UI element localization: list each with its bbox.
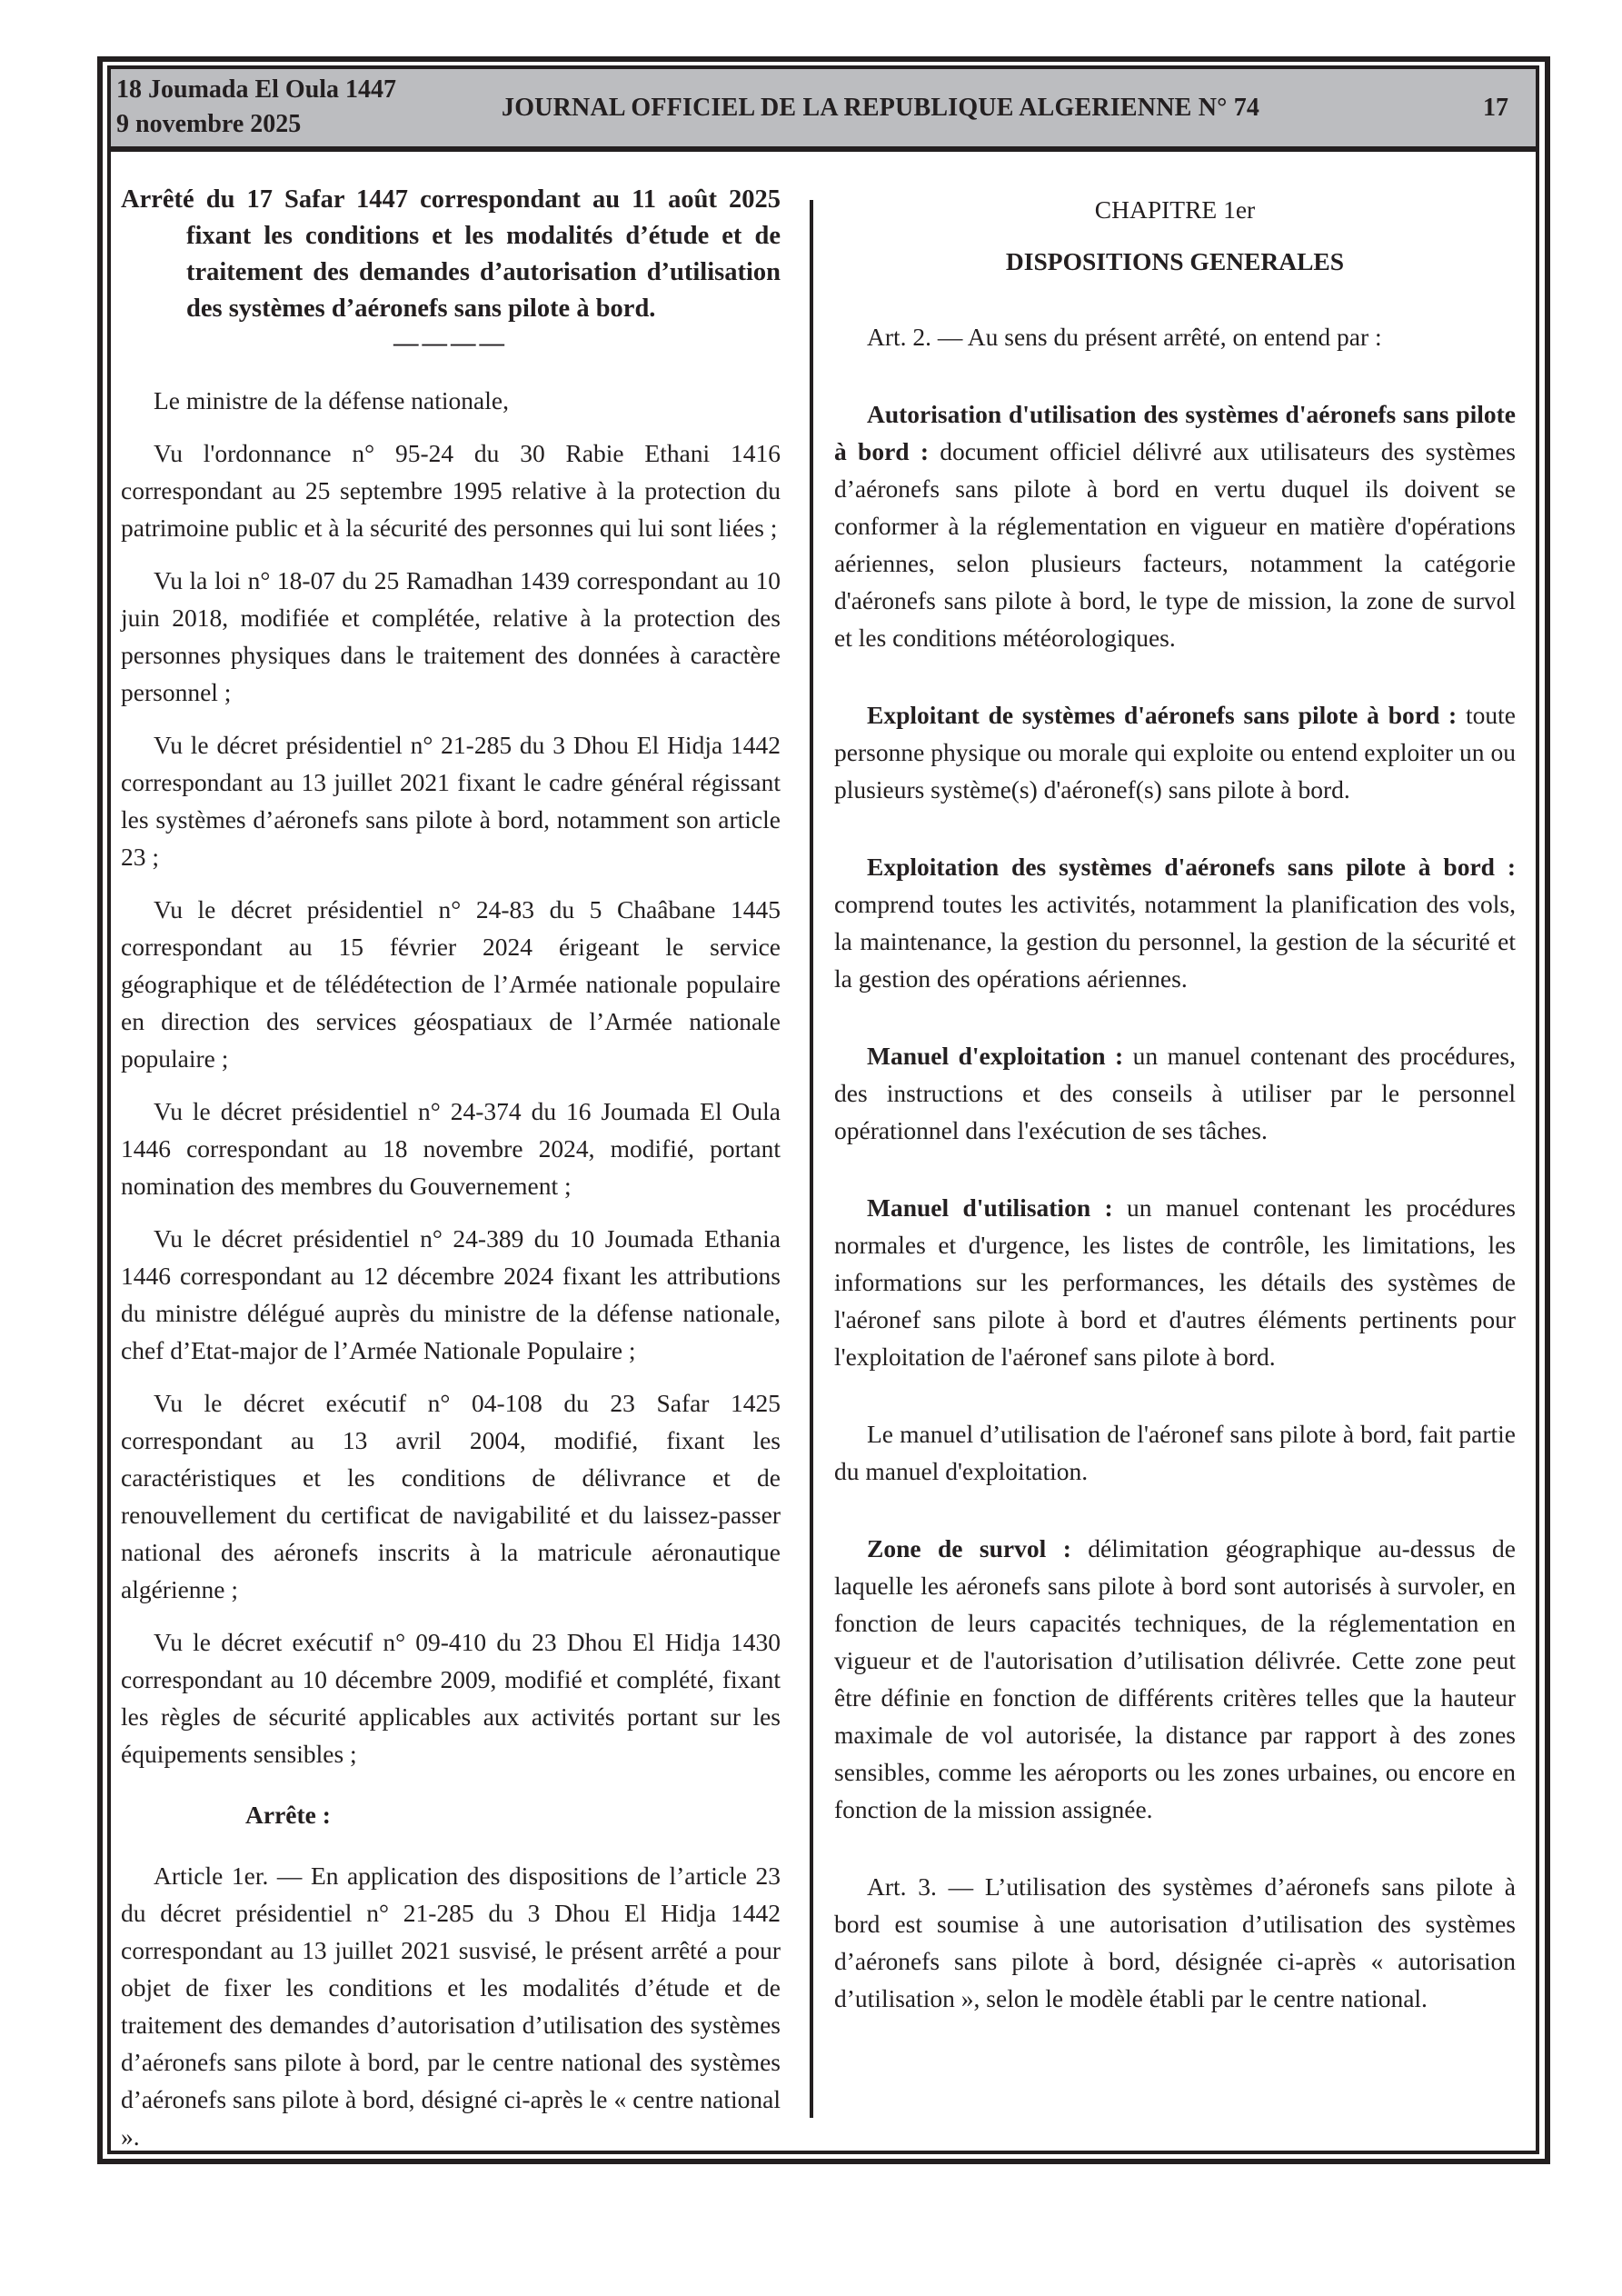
arrete-heading: Arrête : [121, 1796, 781, 1833]
visa-paragraph: Vu la loi n° 18-07 du 25 Ramadhan 1439 c… [121, 562, 781, 711]
visa-paragraph: Vu le décret présidentiel n° 24-389 du 1… [121, 1220, 781, 1369]
visa-paragraph: Vu l'ordonnance n° 95-24 du 30 Rabie Eth… [121, 434, 781, 546]
header-date-gregorian: 9 novembre 2025 [116, 107, 396, 142]
right-column: CHAPITRE 1er DISPOSITIONS GENERALES Art.… [834, 182, 1516, 2032]
page-number: 17 [1483, 91, 1508, 125]
left-column: Arrêté du 17 Safar 1447 correspondant au… [121, 182, 781, 2171]
visa-paragraph: Vu le décret présidentiel n° 24-374 du 1… [121, 1093, 781, 1204]
definition-manuel-utilisation: Manuel d'utilisation : un manuel contena… [834, 1189, 1516, 1375]
visa-paragraph: Vu le décret présidentiel n° 21-285 du 3… [121, 726, 781, 875]
chapter-title: DISPOSITIONS GENERALES [834, 243, 1516, 280]
minister-intro: Le ministre de la défense nationale, [121, 382, 781, 419]
definition-term: Zone de survol : [867, 1534, 1071, 1562]
definition-manuel-exploitation: Manuel d'exploitation : un manuel conten… [834, 1037, 1516, 1149]
visa-paragraph: Vu le décret exécutif n° 04-108 du 23 Sa… [121, 1384, 781, 1608]
column-divider [810, 200, 813, 2118]
header-date-hijri: 18 Joumada El Oula 1447 [116, 73, 396, 107]
definition-term: Manuel d'exploitation : [867, 1042, 1123, 1070]
definition-text: comprend toutes les activités, notamment… [834, 890, 1516, 993]
chapter-heading: CHAPITRE 1er [834, 191, 1516, 228]
article-1: Article 1er. — En application des dispos… [121, 1857, 781, 2155]
definition-authorisation: Autorisation d'utilisation des systèmes … [834, 395, 1516, 656]
title-separator: ———— [121, 327, 781, 358]
journal-title: JOURNAL OFFICIEL DE LA REPUBLIQUE ALGERI… [502, 91, 1259, 125]
page-header: 18 Joumada El Oula 1447 9 novembre 2025 … [111, 69, 1536, 152]
definition-exploitation: Exploitation des systèmes d'aéronefs san… [834, 848, 1516, 997]
article-2-intro: Art. 2. — Au sens du présent arrêté, on … [834, 318, 1516, 355]
definition-term: Exploitant de systèmes d'aéronefs sans p… [867, 701, 1457, 729]
definition-text: délimitation géographique au-dessus de l… [834, 1534, 1516, 1823]
definition-text: document officiel délivré aux utilisateu… [834, 437, 1516, 652]
header-dates: 18 Joumada El Oula 1447 9 novembre 2025 [116, 73, 396, 142]
article-3: Art. 3. — L’utilisation des systèmes d’a… [834, 1868, 1516, 2017]
visa-paragraph: Vu le décret exécutif n° 09-410 du 23 Dh… [121, 1623, 781, 1772]
definition-term: Exploitation des systèmes d'aéronefs san… [867, 853, 1516, 881]
definition-term: Manuel d'utilisation : [867, 1193, 1113, 1222]
visa-paragraph: Vu le décret présidentiel n° 24-83 du 5 … [121, 891, 781, 1077]
decree-title: Arrêté du 17 Safar 1447 correspondant au… [121, 182, 781, 327]
definition-zone-survol: Zone de survol : délimitation géographiq… [834, 1530, 1516, 1828]
definition-exploitant: Exploitant de systèmes d'aéronefs sans p… [834, 696, 1516, 808]
manuel-note: Le manuel d’utilisation de l'aéronef san… [834, 1415, 1516, 1490]
